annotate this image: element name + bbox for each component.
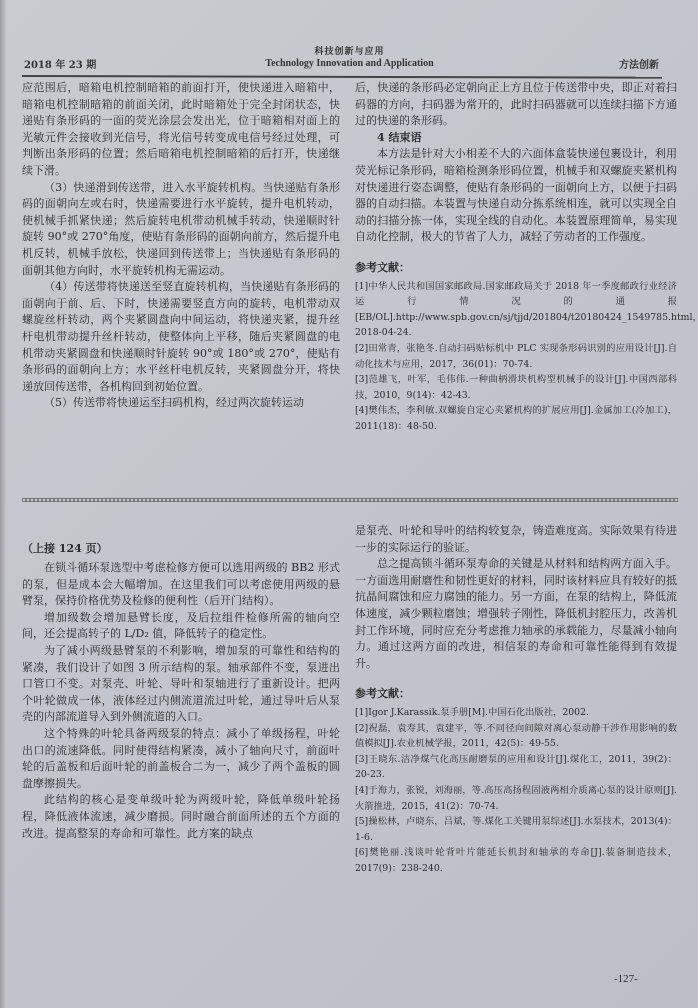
wavy-divider xyxy=(22,497,678,502)
reference-item: [2]田常青，张艳冬.自动扫码贴标机中 PLC 实现条形码识别的应用设计[J].… xyxy=(355,341,677,372)
paragraph: 在锁斗循环泵选型中考虑检修方便可以选用两级的 BB2 形式的泵，但是成本会大幅增… xyxy=(22,560,340,610)
reference-item: [3]范雄飞，叶军，毛伟伟.一种曲柄滑块机构型机械手的设计[J].中国西部科技，… xyxy=(355,372,677,403)
journal-title: 科技创新与应用 Technology Innovation and Applic… xyxy=(22,44,677,69)
reference-item: [5]操松林，卢晓东，吕斌，等.煤化工关键用泵综述[J].水泵技术，2013(4… xyxy=(355,814,677,845)
section-heading: 4 结束语 xyxy=(355,130,677,147)
reference-item: [4]樊伟杰，李利敏.双螺旋自定心夹紧机构的扩展应用[J].金属加工(冷加工)，… xyxy=(355,403,677,434)
page-binding-edge xyxy=(0,0,6,1008)
page-number: -127- xyxy=(614,973,638,985)
reference-item: [3]王晓东.洁净煤气化高压耐磨泵的应用和设计[J].煤化工，2011，39(2… xyxy=(355,752,677,783)
paragraph: 应范围后，暗箱电机控制暗箱的前面打开，使快递进入暗箱中，暗箱电机控制暗箱的前面关… xyxy=(22,80,340,180)
reference-item: [6]樊艳丽.浅谈叶轮背叶片能延长机封和轴承的寿命[J].装备制造技术，2017… xyxy=(355,845,677,876)
article-2-right-column: 是泵壳、叶轮和导叶的结构较复杂，铸造难度高。实际效果有待进一步的实际运行的验证。… xyxy=(355,523,677,876)
conclusion-paragraph: 本方法是针对大小相差不大的六面体盒装快递包裹设计，利用荧光标记条形码，暗箱检测条… xyxy=(355,146,677,246)
continued-from-label: （上接 124 页） xyxy=(22,540,108,556)
paragraph: 是泵壳、叶轮和导叶的结构较复杂，铸造难度高。实际效果有待进一步的实际运行的验证。 xyxy=(355,523,677,556)
references-heading: 参考文献： xyxy=(355,260,677,277)
paragraph: （4）传送带将快递送至竖直旋转机构，当快递贴有条形码的面朝向于前、后、下时，快递… xyxy=(22,279,340,395)
reference-item: [2]祝磊，袁寿其，袁建平，等.不同径向间隙对离心泵动静干涉作用影响的数值模拟[… xyxy=(355,721,677,752)
reference-list: [1]Igor J.Karassik.泵手册[M].中国石化出版社，2002. … xyxy=(355,705,677,877)
reference-item: [4]于海力，张锐，刘海丽，等.高压高扬程固液两相介质离心泵的设计原则[J].火… xyxy=(355,783,677,814)
paragraph: 后，快递的条形码必定朝向正上方且位于传送带中央，即正对着扫码器的方向，扫码器为常… xyxy=(355,80,677,130)
article-1-left-column: 应范围后，暗箱电机控制暗箱的前面打开，使快递进入暗箱中，暗箱电机控制暗箱的前面关… xyxy=(22,80,340,412)
paragraph: 总之提高锁斗循环泵寿命的关键是从材料和结构两方面入手。一方面选用耐磨性和韧性更好… xyxy=(355,556,677,672)
paragraph: 此结构的核心是变单级叶轮为两级叶轮，降低单级叶轮扬程，降低液体流速，减少磨损。同… xyxy=(22,792,340,842)
paragraph: 这个特殊的叶轮具备两级泵的特点：减小了单级扬程，叶轮出口的流速降低。同时使得结构… xyxy=(22,726,340,792)
paragraph: （5）传送带将快递运至扫码机构，经过两次旋转运动 xyxy=(22,395,340,412)
article-2-left-column: 在锁斗循环泵选型中考虑检修方便可以选用两级的 BB2 形式的泵，但是成本会大幅增… xyxy=(22,560,340,842)
header-rule xyxy=(22,75,662,79)
paragraph: （3）快递滑到传送带，进入水平旋转机构。当快递贴有条形码的面朝向左或右时，快递需… xyxy=(22,180,340,280)
section-label: 方法创新 xyxy=(619,56,659,71)
paragraph: 增加级数会增加悬臂长度，及后拉组件检修所需的轴向空间，还会提高转子的 L/D₂ … xyxy=(22,610,340,643)
references-heading: 参考文献： xyxy=(355,686,677,703)
reference-item: [1]Igor J.Karassik.泵手册[M].中国石化出版社，2002. xyxy=(355,705,677,721)
article-1-right-column: 后，快递的条形码必定朝向正上方且位于传送带中央，即正对着扫码器的方向，扫码器为常… xyxy=(355,80,677,434)
journal-title-en: Technology Innovation and Application xyxy=(22,58,677,69)
running-header: 2018 年 23 期 科技创新与应用 Technology Innovatio… xyxy=(22,44,677,74)
journal-title-cn: 科技创新与应用 xyxy=(22,44,677,57)
paragraph: 为了减小两级悬臂泵的不利影响，增加泵的可靠性和结构的紧凑，我们设计了如图 3 所… xyxy=(22,643,340,726)
reference-item: [1]中华人民共和国国家邮政局.国家邮政局关于 2018 年一季度邮政行业经济运… xyxy=(355,279,677,341)
reference-list: [1]中华人民共和国国家邮政局.国家邮政局关于 2018 年一季度邮政行业经济运… xyxy=(355,279,677,435)
